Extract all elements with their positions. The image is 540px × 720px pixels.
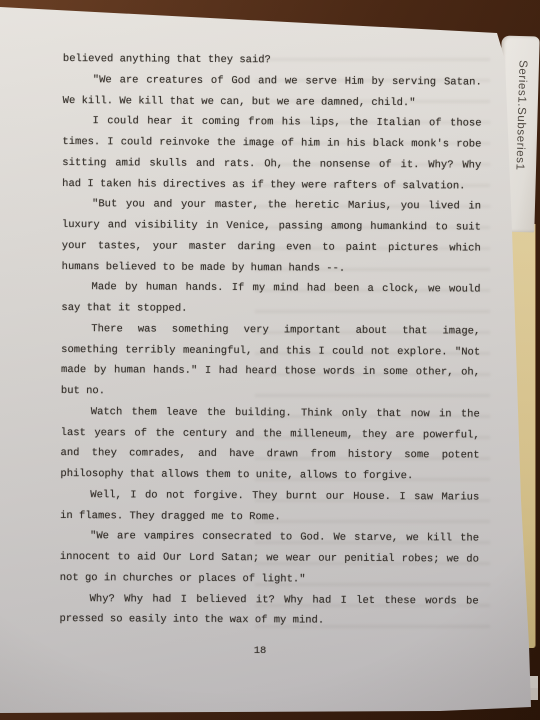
typed-line: "We are creatures of God and we serve Hi… bbox=[63, 70, 482, 93]
typed-line: but no. bbox=[61, 381, 480, 404]
page-text: believed anything that they said?"We are… bbox=[59, 49, 482, 633]
typed-line: say that it stopped. bbox=[61, 298, 480, 321]
typed-line: humans believed to be made by human hand… bbox=[62, 256, 481, 279]
typed-line: We kill. We kill that we can, but we are… bbox=[63, 90, 482, 113]
typed-line: your tastes, your master daring even to … bbox=[62, 236, 481, 259]
typed-line: Well, I do not forgive. They burnt our H… bbox=[60, 485, 479, 508]
typed-line: sitting amid skulls and rats. Oh, the no… bbox=[62, 153, 481, 176]
typed-line: There was something very important about… bbox=[61, 319, 480, 342]
typed-line: made by human hands." I had heard those … bbox=[61, 360, 480, 383]
typed-line: Why? Why had I believed it? Why had I le… bbox=[60, 588, 479, 611]
typed-line: not go in churches or places of light." bbox=[60, 568, 479, 591]
typed-line: times. I could reinvoke the image of him… bbox=[62, 132, 481, 155]
typed-line: "But you and your master, the heretic Ma… bbox=[62, 194, 481, 217]
typed-line: philosophy that allows them to unite, al… bbox=[60, 464, 479, 487]
typed-line: pressed so easily into the wax of my min… bbox=[59, 609, 478, 632]
typed-page: believed anything that they said?"We are… bbox=[0, 0, 540, 720]
typed-line: I could hear it coming from his lips, th… bbox=[62, 111, 481, 134]
typed-line: in flames. They dragged me to Rome. bbox=[60, 505, 479, 528]
typed-line: last years of the century and the millen… bbox=[61, 422, 480, 445]
typed-line: "We are vampires consecrated to God. We … bbox=[60, 526, 479, 549]
typed-line: luxury and visibility in Venice, passing… bbox=[62, 215, 481, 238]
typed-line: Made by human hands. If my mind had been… bbox=[61, 277, 480, 300]
typed-line: had I taken his directives as if they we… bbox=[62, 173, 481, 196]
typed-line: something terribly meaningful, and this … bbox=[61, 339, 480, 362]
typed-line: innocent to aid Our Lord Satan; we wear … bbox=[60, 547, 479, 570]
folder-tab-label: Series1.Subseries1 bbox=[508, 60, 528, 171]
typed-line: believed anything that they said? bbox=[63, 49, 482, 72]
typed-line: and they comrades, and have drawn from h… bbox=[60, 443, 479, 466]
document-photo: Series1.Subseries1 believed anything tha… bbox=[0, 0, 540, 720]
page-number: 18 bbox=[0, 645, 520, 657]
typed-line: Watch them leave the building. Think onl… bbox=[61, 402, 480, 425]
